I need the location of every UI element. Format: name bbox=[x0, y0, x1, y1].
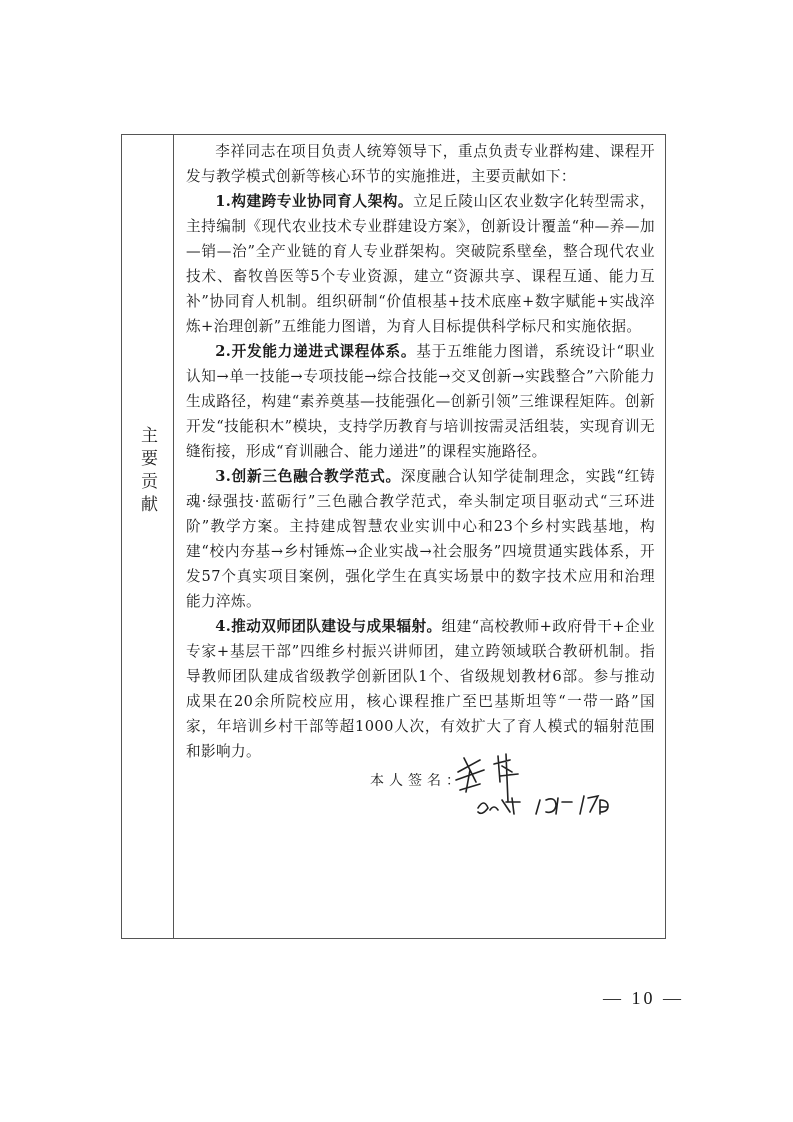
contribution-item-2: 2.开发能力递进式课程体系。基于五维能力图谱，系统设计“职业认知→单一技能→专项… bbox=[186, 339, 655, 464]
row-label: 主要贡献 bbox=[135, 426, 160, 518]
item-heading: 3.创新三色融合教学范式。 bbox=[215, 468, 401, 485]
page-number: — 10 — bbox=[603, 988, 684, 1009]
handwritten-signature bbox=[450, 752, 650, 822]
item-body: 深度融合认知学徒制理念，实践“红铸魂·绿强技·蓝砺行”三色融合教学范式，牵头制定… bbox=[186, 468, 655, 610]
item-heading: 2.开发能力递进式课程体系。 bbox=[215, 343, 416, 360]
item-body: 组建“高校教师+政府骨干+企业专家+基层干部”四维乡村振兴讲师团，建立跨领域联合… bbox=[186, 618, 655, 760]
contribution-item-4: 4.推动双师团队建设与成果辐射。组建“高校教师+政府骨干+企业专家+基层干部”四… bbox=[186, 614, 655, 764]
row-label-cell: 主要贡献 bbox=[122, 135, 174, 938]
item-heading: 4.推动双师团队建设与成果辐射。 bbox=[215, 618, 441, 635]
intro-paragraph: 李祥同志在项目负责人统筹领导下，重点负责专业群构建、课程开发与教学模式创新等核心… bbox=[186, 139, 655, 189]
contribution-item-3: 3.创新三色融合教学范式。深度融合认知学徒制理念，实践“红铸魂·绿强技·蓝砺行”… bbox=[186, 464, 655, 614]
item-body: 立足丘陵山区农业数字化转型需求，主持编制《现代农业技术专业群建设方案》，创新设计… bbox=[186, 193, 655, 335]
item-heading: 1.构建跨专业协同育人架构。 bbox=[215, 193, 413, 210]
contribution-item-1: 1.构建跨专业协同育人架构。立足丘陵山区农业数字化转型需求，主持编制《现代农业技… bbox=[186, 189, 655, 339]
item-body: 基于五维能力图谱，系统设计“职业认知→单一技能→专项技能→综合技能→交叉创新→实… bbox=[186, 343, 655, 460]
